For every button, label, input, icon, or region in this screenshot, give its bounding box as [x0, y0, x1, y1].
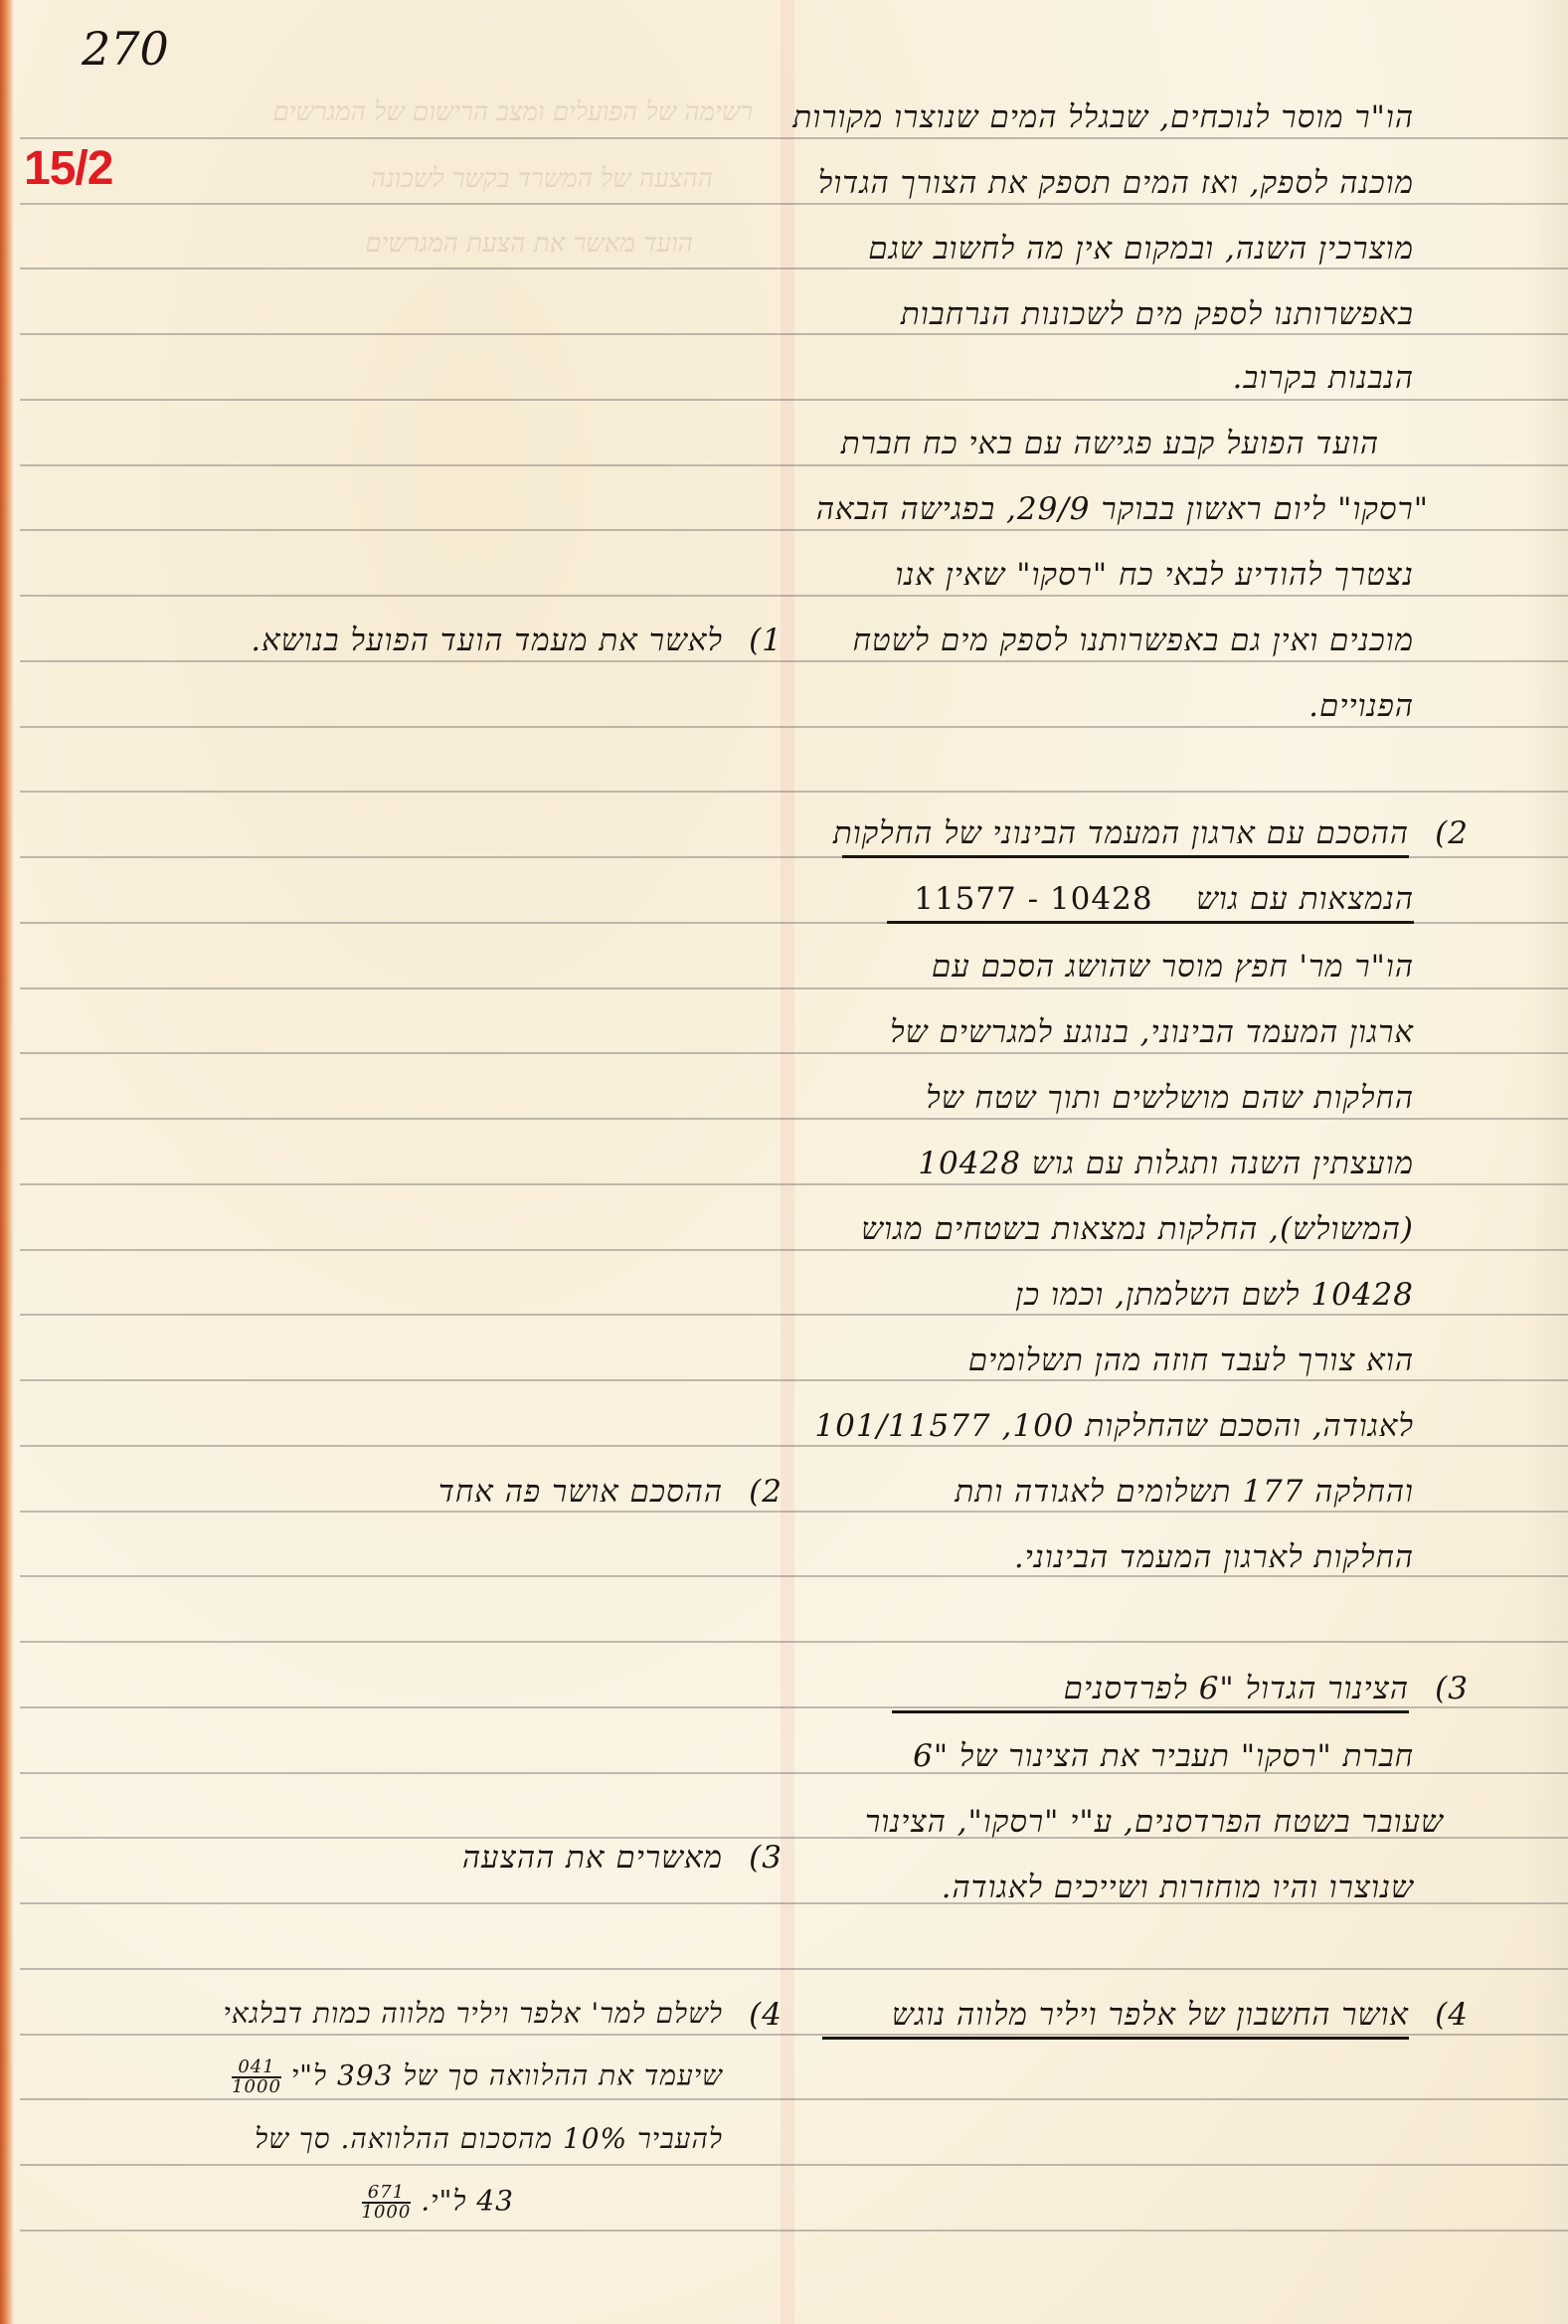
- resolution-text: שיעמד את ההלוואה סך של 393 ל"י 041 1000: [232, 2058, 723, 2096]
- ruled-line: [20, 1314, 1568, 1316]
- item-heading: אושר החשבון של אלפר ויליר מלווה נוגש: [822, 1997, 1409, 2040]
- body-line: ארגון המעמד הבינוני, בנוגע למגרשים של: [890, 1014, 1414, 1050]
- resolution-text: 43 ל"י. 671 1000: [362, 2184, 514, 2222]
- ruled-line: [20, 1641, 1568, 1643]
- ruled-line: [20, 1118, 1568, 1120]
- body-line: נצטרך להודיע לבאי כח "רסקו" שאין אנו: [895, 557, 1414, 593]
- ruled-line: [20, 595, 1568, 597]
- ruled-line: [20, 1183, 1568, 1185]
- body-line: הו"ר מוסר לנוכחים, שבגלל המים שנוצרו מקו…: [792, 99, 1414, 135]
- bleedthrough-text: רשימה של הפועלים ומצב הרישום של המגרשים: [272, 97, 753, 127]
- bleedthrough-text: ההצעה של המשרד בקשר לשכונה: [371, 164, 713, 194]
- ruled-line: [20, 2230, 1568, 2232]
- resolution-text: לשלם למר' אלפר ויליר מלווה כמות דבלגאי: [224, 1997, 723, 2031]
- item-number: 3): [1435, 1671, 1469, 1706]
- resolution-text: להעביר 10% מהסכום ההלוואה. סך של: [255, 2122, 723, 2156]
- resolution-line: 43 ל"י.: [421, 2185, 514, 2218]
- archive-stamp: 15/2: [24, 141, 112, 196]
- resolution-text: לאשר את מעמד הועד הפועל בנושא.: [251, 623, 723, 658]
- body-line: מוכנה לספק, ואז המים תספק את הצורך הגדול: [818, 165, 1414, 201]
- parcel-numbers: 11577 - 10428: [914, 881, 1152, 917]
- item-number: 2): [1435, 815, 1469, 851]
- body-line: החלקות שהם מושלשים ותוך שטח של: [926, 1080, 1414, 1116]
- body-line: הו"ר מר' חפץ מוסר שהושג הסכם עם: [932, 949, 1414, 984]
- resolution-number: 2): [749, 1474, 783, 1510]
- body-line: מוכנים ואין גם באפשרותנו לספק מים לשטח: [853, 623, 1414, 658]
- item-number: 4): [1435, 1997, 1469, 2033]
- resolution-text: מאשרים את ההצעה: [462, 1840, 723, 1876]
- resolution-number: 1): [749, 623, 783, 658]
- ruled-line: [20, 137, 1568, 139]
- document-page: רשימה של הפועלים ומצב הרישום של המגרשים …: [0, 0, 1568, 2324]
- resolution-number: 4): [749, 1997, 783, 2033]
- body-line: שעובר בשטח הפרדסנים, ע"י "רסקו", הצינור: [865, 1804, 1444, 1840]
- body-line: הוא צורך לעבד חוזה מהן תשלומים: [968, 1342, 1414, 1378]
- body-line: לאגודה, והסכם שהחלקות 100, 101/11577: [814, 1408, 1414, 1444]
- ruled-line: [20, 987, 1568, 989]
- resolution-line: שיעמד את ההלוואה סך של 393 ל"י: [291, 2059, 723, 2092]
- ruled-line: [20, 2098, 1568, 2100]
- ruled-line: [20, 203, 1568, 205]
- ruled-line: [20, 268, 1568, 269]
- ruled-line: [20, 399, 1568, 401]
- ruled-line: [20, 660, 1568, 662]
- body-line: באפשרותנו לספק מים לשכונות הנרחבות: [901, 296, 1414, 332]
- fraction-denominator: 1000: [232, 2078, 281, 2096]
- body-line: מוצרכין השנה, ובמקום אין מה לחשוב שגם: [868, 231, 1414, 267]
- ruled-line: [20, 464, 1568, 466]
- body-line: חברת "רסקו" תעביר את הצינור של "6: [913, 1738, 1414, 1774]
- body-line: הועד הפועל קבע פגישה עם באי כח חברת: [841, 426, 1379, 461]
- body-line: "רסקו" ליום ראשון בבוקר 29/9, בפגישה הבא…: [816, 491, 1429, 527]
- ruled-line: [20, 1445, 1568, 1447]
- item-heading: הצינור הגדול "6 לפרדסנים: [892, 1671, 1409, 1713]
- item-subheading-text: הנמצאות עם גוש: [1196, 881, 1414, 917]
- body-line: החלקות לארגון המעמד הבינוני.: [1014, 1539, 1414, 1575]
- ruled-line: [20, 791, 1568, 793]
- body-line: והחלקה 177 תשלומים לאגודה ותת: [955, 1474, 1414, 1510]
- ruled-line: [20, 1052, 1568, 1054]
- body-line: (המשולש), החלקות נמצאות בשטחים מגוש: [861, 1211, 1414, 1247]
- body-line: הנבנות בקרוב.: [1233, 360, 1414, 396]
- ruled-line: [20, 529, 1568, 531]
- bleedthrough-text: הועד מאשר את הצעת המגרשים: [365, 229, 693, 259]
- ruled-line: [20, 1379, 1568, 1381]
- fraction: 671 1000: [362, 2184, 412, 2222]
- resolution-number: 3): [749, 1840, 783, 1876]
- body-line: 10428 לשם השלמתן, וכמו כן: [1015, 1277, 1414, 1313]
- fraction-numerator: 671: [362, 2184, 412, 2204]
- page-number: 270: [82, 22, 169, 76]
- body-line: מועצתין השנה ותגלות עם גוש 10428: [918, 1146, 1414, 1181]
- fraction-denominator: 1000: [362, 2204, 412, 2222]
- item-heading: ההסכם עם ארגון המעמד הבינוני של החלקות: [842, 815, 1409, 858]
- fraction: 041 1000: [232, 2058, 281, 2096]
- ruled-line: [20, 1249, 1568, 1251]
- ruled-line: [20, 1575, 1568, 1577]
- resolution-text: ההסכם אושר פה אחד: [438, 1474, 723, 1510]
- body-line: הפנויים.: [1308, 688, 1414, 724]
- ruled-line: [20, 1511, 1568, 1513]
- ruled-line: [20, 726, 1568, 728]
- ruled-line: [20, 1968, 1568, 1970]
- item-subheading: הנמצאות עם גוש 11577 - 10428: [887, 881, 1414, 924]
- ruled-line: [20, 2164, 1568, 2166]
- body-line: שנוצרו והיו מוחזרות ושייכים לאגודה.: [942, 1870, 1414, 1905]
- fraction-numerator: 041: [232, 2058, 281, 2078]
- ruled-line: [20, 333, 1568, 335]
- margin-line: [781, 0, 794, 2324]
